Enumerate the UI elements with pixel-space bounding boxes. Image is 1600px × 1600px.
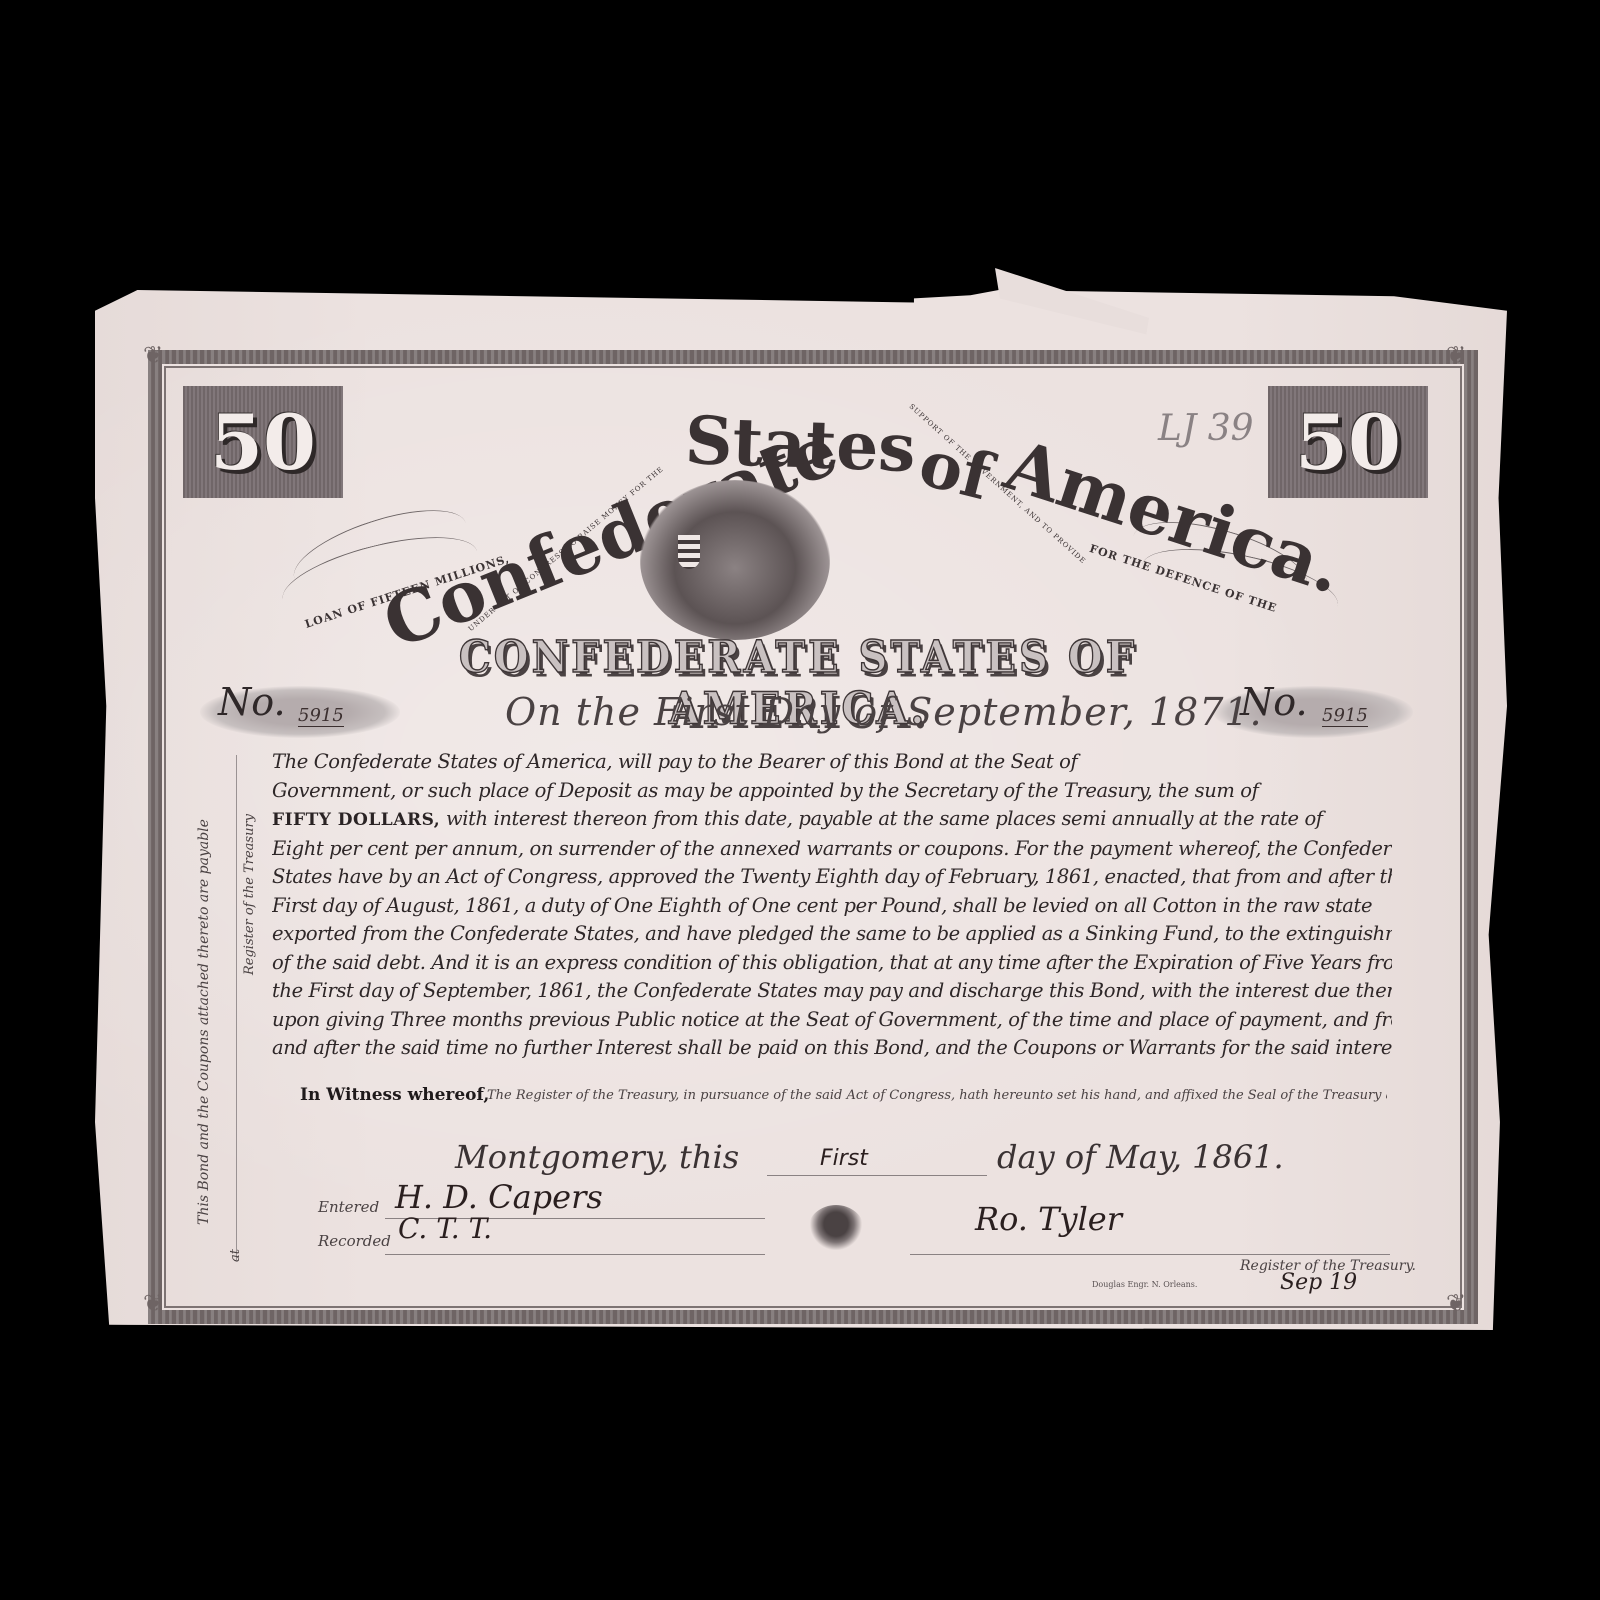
title-word-states: States	[684, 401, 917, 487]
issue-date: day of May, 1861.	[997, 1138, 1284, 1176]
engraver-imprint: Douglas Engr. N. Orleans.	[1092, 1280, 1197, 1289]
serial-number-right: 5915	[1322, 705, 1368, 727]
denomination-left: 50	[183, 386, 343, 498]
body-line: of the said debt. And it is an express c…	[272, 949, 1392, 978]
witness-text: The Register of the Treasury, in pursuan…	[487, 1088, 1387, 1103]
body-line: and after the said time no further Inter…	[272, 1034, 1392, 1063]
recorded-line	[385, 1254, 765, 1255]
body-line: exported from the Confederate States, an…	[272, 920, 1392, 949]
register-signature: Ro. Tyler	[975, 1200, 1122, 1238]
place-line: Montgomery, this	[455, 1138, 739, 1176]
recorded-label: Recorded	[318, 1232, 391, 1250]
register-line	[910, 1254, 1390, 1255]
corner-ornament-icon: ❦	[140, 342, 166, 368]
body-line-amount: FIFTY DOLLARS, with interest thereon fro…	[272, 805, 1392, 835]
denomination-right: 50	[1268, 386, 1428, 498]
allegorical-vignette	[640, 480, 830, 640]
amount: FIFTY DOLLARS,	[272, 810, 440, 830]
side-text-payable: This Bond and the Coupons attached there…	[196, 819, 212, 1225]
corner-ornament-icon: ❦	[140, 1290, 166, 1316]
entered-signature: H. D. Capers	[395, 1178, 603, 1216]
day-blank-line	[767, 1175, 987, 1176]
handwritten-note: Sep 19	[1280, 1270, 1357, 1295]
body-line: with interest thereon from this date, pa…	[446, 807, 1323, 830]
body-line: upon giving Three months previous Public…	[272, 1006, 1392, 1035]
side-text-register: Register of the Treasury	[242, 814, 257, 975]
bond-body-text: The Confederate States of America, will …	[272, 748, 1392, 1063]
body-line: the First day of September, 1861, the Co…	[272, 977, 1392, 1006]
day-handwritten: First	[820, 1146, 868, 1171]
recorded-initials: C. T. T.	[398, 1212, 492, 1245]
maturity-date: On the First Day of September, 1871.	[505, 690, 1263, 734]
corner-ornament-icon: ❦	[1443, 342, 1469, 368]
serial-number-left: 5915	[298, 705, 344, 727]
body-line: First day of August, 1861, a duty of One…	[272, 892, 1392, 921]
body-line: Government, or such place of Deposit as …	[272, 777, 1392, 806]
treasury-seal-icon	[808, 1205, 864, 1253]
witness-heading: In Witness whereof,	[300, 1085, 489, 1105]
body-line: The Confederate States of America, will …	[272, 748, 1392, 777]
body-line: Eight per cent per annum, on surrender o…	[272, 835, 1392, 864]
side-text-at: at	[228, 1249, 243, 1262]
body-line: States have by an Act of Congress, appro…	[272, 863, 1392, 892]
side-rule	[236, 755, 237, 1260]
serial-label-left: No.	[218, 680, 286, 724]
entered-label: Entered	[318, 1198, 379, 1216]
corner-ornament-icon: ❦	[1443, 1290, 1469, 1316]
